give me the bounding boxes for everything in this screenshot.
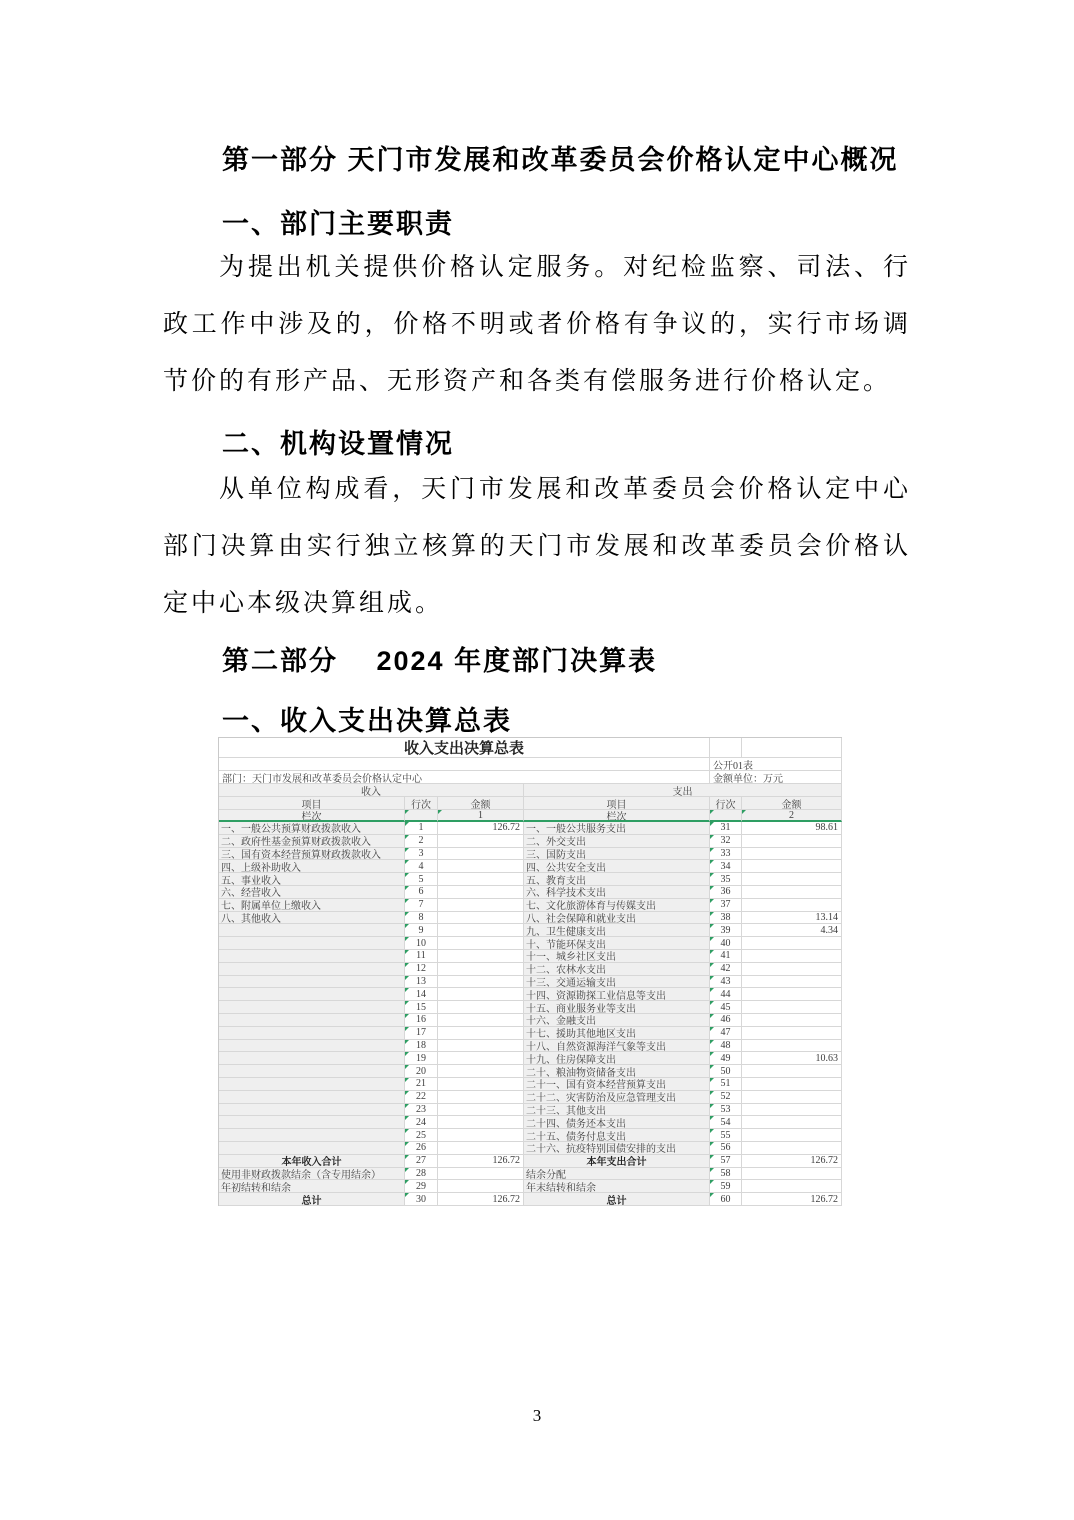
expense-item-cell: 二十一、国有资本经营预算支出 [524, 1078, 710, 1091]
income-item-cell: 三、国有资本经营预算财政拨款收入 [219, 848, 405, 861]
expense-rowno-cell: 42 [710, 963, 742, 976]
table-row: 六、经营收入 6 六、科学技术支出 36 [219, 886, 842, 899]
income-amount-cell [438, 1104, 524, 1117]
expense-item-cell: 七、文化旅游体育与传媒支出 [524, 899, 710, 912]
expense-rowno-cell: 56 [710, 1142, 742, 1155]
expense-amount-cell [742, 873, 842, 886]
table-row: 二、政府性基金预算财政拨款收入 2 二、外交支出 32 [219, 835, 842, 848]
expense-rowno-cell: 45 [710, 1001, 742, 1014]
income-item-cell: 一、一般公共预算财政拨款收入 [219, 822, 405, 835]
part1-title: 第一部分 天门市发展和改革委员会价格认定中心概况 [222, 138, 899, 177]
income-item-cell: 本年收入合计 [219, 1155, 405, 1168]
table-row: 17 十七、援助其他地区支出 47 [219, 1027, 842, 1040]
income-amount-cell [438, 860, 524, 873]
income-item-header: 项目 [219, 797, 405, 810]
expense-amount-cell [742, 1142, 842, 1155]
department-row: 部门：天门市发展和改革委员会价格认定中心 金额单位：万元 [219, 771, 842, 784]
income-rowno-cell: 6 [405, 886, 438, 899]
income-amount-cell [438, 1142, 524, 1155]
income-rowno-cell: 16 [405, 1014, 438, 1027]
income-amount-cell [438, 937, 524, 950]
expense-amount-cell [742, 1078, 842, 1091]
income-rowno-cell: 30 [405, 1193, 438, 1206]
expense-item-cell: 六、科学技术支出 [524, 886, 710, 899]
expense-item-cell: 十八、自然资源海洋气象等支出 [524, 1040, 710, 1053]
income-amount-cell [438, 848, 524, 861]
income-rowno-header: 行次 [405, 797, 438, 810]
page-number: 3 [0, 1406, 1074, 1426]
table-row: 15 十五、商业服务业等支出 45 [219, 1001, 842, 1014]
table-title-row: 收入支出决算总表 [219, 738, 842, 758]
table-row: 12 十二、农林水支出 42 [219, 963, 842, 976]
income-rowno-cell: 13 [405, 976, 438, 989]
income-amount-cell [438, 924, 524, 937]
expense-item-cell: 二十六、抗疫特别国债安排的支出 [524, 1142, 710, 1155]
expense-rowno-cell: 32 [710, 835, 742, 848]
income-item-cell [219, 1027, 405, 1040]
income-amount-cell: 126.72 [438, 1155, 524, 1168]
expense-amount-cell [742, 1168, 842, 1181]
expense-item-cell: 十九、住房保障支出 [524, 1052, 710, 1065]
table-row: 年初结转和结余 29 年末结转和结余 59 [219, 1180, 842, 1193]
expense-item-cell: 三、国防支出 [524, 848, 710, 861]
expense-rowno-cell: 55 [710, 1129, 742, 1142]
expense-amount-cell: 4.34 [742, 924, 842, 937]
expense-item-cell: 十、节能环保支出 [524, 937, 710, 950]
table-row: 三、国有资本经营预算财政拨款收入 3 三、国防支出 33 [219, 848, 842, 861]
income-rowno-cell: 10 [405, 937, 438, 950]
sheet-label-row: 公开01表 [219, 758, 842, 771]
income-item-cell [219, 937, 405, 950]
unit-label: 金额单位：万元 [710, 771, 842, 784]
expense-item-cell: 九、卫生健康支出 [524, 924, 710, 937]
expense-rowno-cell: 43 [710, 976, 742, 989]
expense-item-cell: 十四、资源勘探工业信息等支出 [524, 988, 710, 1001]
table-row: 9 九、卫生健康支出 39 4.34 [219, 924, 842, 937]
income-item-cell [219, 1116, 405, 1129]
income-rowno-cell: 5 [405, 873, 438, 886]
table-row: 18 十八、自然资源海洋气象等支出 48 [219, 1040, 842, 1053]
empty-cell [219, 758, 710, 771]
income-amount-cell [438, 1065, 524, 1078]
expense-item-cell: 年末结转和结余 [524, 1180, 710, 1193]
income-item-cell: 二、政府性基金预算财政拨款收入 [219, 835, 405, 848]
expense-col-index: 2 [742, 810, 842, 822]
expense-item-cell: 二十二、灾害防治及应急管理支出 [524, 1091, 710, 1104]
expense-amount-cell: 126.72 [742, 1193, 842, 1206]
income-amount-cell [438, 963, 524, 976]
income-rowno-cell: 8 [405, 912, 438, 925]
expense-rowno-cell: 31 [710, 822, 742, 835]
expense-item-cell: 二十四、债务还本支出 [524, 1116, 710, 1129]
expense-amount-cell [742, 1091, 842, 1104]
expense-item-cell: 五、教育支出 [524, 873, 710, 886]
section1-paragraph: 为提出机关提供价格认定服务。对纪检监察、司法、行政工作中涉及的，价格不明或者价格… [163, 239, 911, 410]
section2-heading: 二、机构设置情况 [222, 422, 454, 461]
expense-rowno-cell: 37 [710, 899, 742, 912]
table-row: 使用非财政拨款结余（含专用结余） 28 结余分配 58 [219, 1168, 842, 1181]
income-item-cell [219, 1040, 405, 1053]
income-item-cell [219, 950, 405, 963]
expense-rowno-cell: 57 [710, 1155, 742, 1168]
income-col-index: 1 [438, 810, 524, 822]
income-amount-cell [438, 1091, 524, 1104]
income-amount-cell [438, 1001, 524, 1014]
table-row: 11 十一、城乡社区支出 41 [219, 950, 842, 963]
income-rowno-cell: 21 [405, 1078, 438, 1091]
income-amount-cell [438, 886, 524, 899]
expense-item-cell: 总计 [524, 1193, 710, 1206]
table-row: 一、一般公共预算财政拨款收入 1 126.72 一、一般公共服务支出 31 98… [219, 822, 842, 835]
income-amount-cell [438, 899, 524, 912]
column-header-row: 项目 行次 金额 项目 行次 金额 [219, 797, 842, 810]
department-label: 部门：天门市发展和改革委员会价格认定中心 [219, 771, 710, 784]
table-data-rows: 一、一般公共预算财政拨款收入 1 126.72 一、一般公共服务支出 31 98… [219, 822, 842, 1206]
income-item-cell [219, 1065, 405, 1078]
table-row: 21 二十一、国有资本经营预算支出 51 [219, 1078, 842, 1091]
empty-cell [710, 810, 742, 822]
expense-rowno-cell: 53 [710, 1104, 742, 1117]
table-row: 13 十三、交通运输支出 43 [219, 976, 842, 989]
income-rowno-cell: 22 [405, 1091, 438, 1104]
income-item-cell [219, 963, 405, 976]
income-item-cell [219, 1129, 405, 1142]
income-amount-cell [438, 1116, 524, 1129]
expense-amount-cell [742, 950, 842, 963]
income-rowno-cell: 24 [405, 1116, 438, 1129]
income-rowno-cell: 17 [405, 1027, 438, 1040]
expense-amount-cell [742, 848, 842, 861]
table-row: 10 十、节能环保支出 40 [219, 937, 842, 950]
expense-item-header: 项目 [524, 797, 710, 810]
income-rowno-cell: 15 [405, 1001, 438, 1014]
income-rowno-cell: 9 [405, 924, 438, 937]
income-rowno-cell: 12 [405, 963, 438, 976]
table-row: 本年收入合计 27 126.72 本年支出合计 57 126.72 [219, 1155, 842, 1168]
expense-rowno-header: 行次 [710, 797, 742, 810]
empty-cell [710, 738, 742, 758]
income-amount-cell [438, 1052, 524, 1065]
income-amount-cell [438, 912, 524, 925]
expense-amount-cell: 98.61 [742, 822, 842, 835]
income-rowno-cell: 25 [405, 1129, 438, 1142]
expense-rowno-cell: 50 [710, 1065, 742, 1078]
expense-rowno-cell: 40 [710, 937, 742, 950]
table-row: 24 二十四、债务还本支出 54 [219, 1116, 842, 1129]
income-section-header: 收入 [219, 784, 524, 797]
expense-rowno-cell: 44 [710, 988, 742, 1001]
income-expense-summary-table: 收入支出决算总表 公开01表 部门：天门市发展和改革委员会价格认定中心 金额单位… [218, 737, 842, 1206]
income-amount-cell [438, 1078, 524, 1091]
expense-item-cell: 十一、城乡社区支出 [524, 950, 710, 963]
expense-rowno-cell: 48 [710, 1040, 742, 1053]
expense-amount-cell [742, 860, 842, 873]
income-item-cell: 六、经营收入 [219, 886, 405, 899]
table-row: 22 二十二、灾害防治及应急管理支出 52 [219, 1091, 842, 1104]
page: 第一部分 天门市发展和改革委员会价格认定中心概况 一、部门主要职责 为提出机关提… [0, 0, 1074, 1520]
income-item-cell: 年初结转和结余 [219, 1180, 405, 1193]
expense-amount-cell [742, 886, 842, 899]
table-row: 20 二十、粮油物资储备支出 50 [219, 1065, 842, 1078]
expense-amount-cell [742, 1065, 842, 1078]
income-item-cell [219, 1052, 405, 1065]
expense-amount-cell [742, 963, 842, 976]
expense-amount-cell [742, 1027, 842, 1040]
income-rowno-cell: 2 [405, 835, 438, 848]
expense-amount-cell: 10.63 [742, 1052, 842, 1065]
expense-rowno-cell: 35 [710, 873, 742, 886]
income-item-cell [219, 988, 405, 1001]
expense-rowno-cell: 60 [710, 1193, 742, 1206]
expense-amount-cell: 126.72 [742, 1155, 842, 1168]
expense-section-header: 支出 [524, 784, 842, 797]
expense-item-cell: 十二、农林水支出 [524, 963, 710, 976]
income-rowno-cell: 3 [405, 848, 438, 861]
income-amount-cell [438, 1129, 524, 1142]
empty-cell [405, 810, 438, 822]
income-item-cell: 五、事业收入 [219, 873, 405, 886]
expense-item-cell: 一、一般公共服务支出 [524, 822, 710, 835]
section3-heading: 一、收入支出决算总表 [222, 699, 512, 738]
expense-rowno-cell: 38 [710, 912, 742, 925]
income-amount-cell [438, 873, 524, 886]
expense-amount-cell [742, 937, 842, 950]
expense-index-label: 栏次 [524, 810, 710, 822]
expense-rowno-cell: 49 [710, 1052, 742, 1065]
expense-rowno-cell: 36 [710, 886, 742, 899]
expense-rowno-cell: 47 [710, 1027, 742, 1040]
table-row: 七、附属单位上缴收入 7 七、文化旅游体育与传媒支出 37 [219, 899, 842, 912]
table-row: 19 十九、住房保障支出 49 10.63 [219, 1052, 842, 1065]
expense-amount-cell [742, 1129, 842, 1142]
expense-item-cell: 本年支出合计 [524, 1155, 710, 1168]
expense-amount-cell [742, 835, 842, 848]
income-amount-cell [438, 1040, 524, 1053]
expense-item-cell: 二十五、债务付息支出 [524, 1129, 710, 1142]
expense-amount-cell [742, 1040, 842, 1053]
income-item-cell: 八、其他收入 [219, 912, 405, 925]
expense-item-cell: 十五、商业服务业等支出 [524, 1001, 710, 1014]
income-amount-cell [438, 1027, 524, 1040]
expense-amount-cell [742, 1180, 842, 1193]
expense-item-cell: 八、社会保障和就业支出 [524, 912, 710, 925]
income-amount-cell: 126.72 [438, 822, 524, 835]
income-amount-cell [438, 835, 524, 848]
income-item-cell: 使用非财政拨款结余（含专用结余） [219, 1168, 405, 1181]
expense-amount-cell [742, 988, 842, 1001]
expense-item-cell: 四、公共安全支出 [524, 860, 710, 873]
expense-amount-cell: 13.14 [742, 912, 842, 925]
income-rowno-cell: 28 [405, 1168, 438, 1181]
income-amount-cell [438, 950, 524, 963]
table-row: 26 二十六、抗疫特别国债安排的支出 56 [219, 1142, 842, 1155]
table-row: 八、其他收入 8 八、社会保障和就业支出 38 13.14 [219, 912, 842, 925]
expense-rowno-cell: 54 [710, 1116, 742, 1129]
income-amount-cell [438, 976, 524, 989]
income-rowno-cell: 19 [405, 1052, 438, 1065]
income-rowno-cell: 1 [405, 822, 438, 835]
expense-amount-cell [742, 976, 842, 989]
income-item-cell [219, 1078, 405, 1091]
expense-item-cell: 二十、粮油物资储备支出 [524, 1065, 710, 1078]
column-index-row: 栏次 1 栏次 2 [219, 810, 842, 822]
income-rowno-cell: 20 [405, 1065, 438, 1078]
income-amount-cell [438, 988, 524, 1001]
income-amount-cell [438, 1014, 524, 1027]
expense-item-cell: 十七、援助其他地区支出 [524, 1027, 710, 1040]
expense-rowno-cell: 39 [710, 924, 742, 937]
income-item-cell [219, 924, 405, 937]
income-index-label: 栏次 [219, 810, 405, 822]
expense-item-cell: 结余分配 [524, 1168, 710, 1181]
expense-item-cell: 二、外交支出 [524, 835, 710, 848]
income-amount-cell: 126.72 [438, 1193, 524, 1206]
group-header-row: 收入 支出 [219, 784, 842, 797]
income-item-cell [219, 1142, 405, 1155]
income-item-cell [219, 1014, 405, 1027]
table-row: 四、上级补助收入 4 四、公共安全支出 34 [219, 860, 842, 873]
expense-rowno-cell: 34 [710, 860, 742, 873]
table-row: 23 二十三、其他支出 53 [219, 1104, 842, 1117]
expense-amount-cell [742, 1104, 842, 1117]
income-rowno-cell: 27 [405, 1155, 438, 1168]
income-rowno-cell: 23 [405, 1104, 438, 1117]
expense-rowno-cell: 41 [710, 950, 742, 963]
table-row: 16 十六、金融支出 46 [219, 1014, 842, 1027]
income-amount-cell [438, 1180, 524, 1193]
table-row: 14 十四、资源勘探工业信息等支出 44 [219, 988, 842, 1001]
expense-rowno-cell: 58 [710, 1168, 742, 1181]
part2-title: 第二部分 2024 年度部门决算表 [222, 639, 657, 678]
expense-amount-cell [742, 1001, 842, 1014]
income-rowno-cell: 14 [405, 988, 438, 1001]
income-item-cell [219, 1091, 405, 1104]
expense-item-cell: 二十三、其他支出 [524, 1104, 710, 1117]
income-rowno-cell: 18 [405, 1040, 438, 1053]
income-rowno-cell: 7 [405, 899, 438, 912]
table-row: 25 二十五、债务付息支出 55 [219, 1129, 842, 1142]
expense-amount-cell [742, 1116, 842, 1129]
expense-item-cell: 十六、金融支出 [524, 1014, 710, 1027]
table-title: 收入支出决算总表 [219, 738, 710, 758]
expense-item-cell: 十三、交通运输支出 [524, 976, 710, 989]
income-item-cell: 四、上级补助收入 [219, 860, 405, 873]
expense-amount-cell [742, 1014, 842, 1027]
empty-cell [742, 738, 842, 758]
table-row: 总计 30 126.72 总计 60 126.72 [219, 1193, 842, 1206]
expense-amount-cell [742, 899, 842, 912]
income-rowno-cell: 29 [405, 1180, 438, 1193]
expense-rowno-cell: 52 [710, 1091, 742, 1104]
expense-rowno-cell: 51 [710, 1078, 742, 1091]
expense-rowno-cell: 46 [710, 1014, 742, 1027]
table-row: 五、事业收入 5 五、教育支出 35 [219, 873, 842, 886]
sheet-label: 公开01表 [710, 758, 842, 771]
income-rowno-cell: 26 [405, 1142, 438, 1155]
expense-amount-header: 金额 [742, 797, 842, 810]
income-item-cell [219, 976, 405, 989]
income-rowno-cell: 11 [405, 950, 438, 963]
income-item-cell: 总计 [219, 1193, 405, 1206]
income-item-cell [219, 1104, 405, 1117]
income-amount-header: 金额 [438, 797, 524, 810]
section1-heading: 一、部门主要职责 [222, 202, 454, 241]
income-item-cell [219, 1001, 405, 1014]
section2-paragraph: 从单位构成看，天门市发展和改革委员会价格认定中心部门决算由实行独立核算的天门市发… [163, 461, 911, 632]
expense-rowno-cell: 59 [710, 1180, 742, 1193]
income-rowno-cell: 4 [405, 860, 438, 873]
income-amount-cell [438, 1168, 524, 1181]
income-item-cell: 七、附属单位上缴收入 [219, 899, 405, 912]
expense-rowno-cell: 33 [710, 848, 742, 861]
